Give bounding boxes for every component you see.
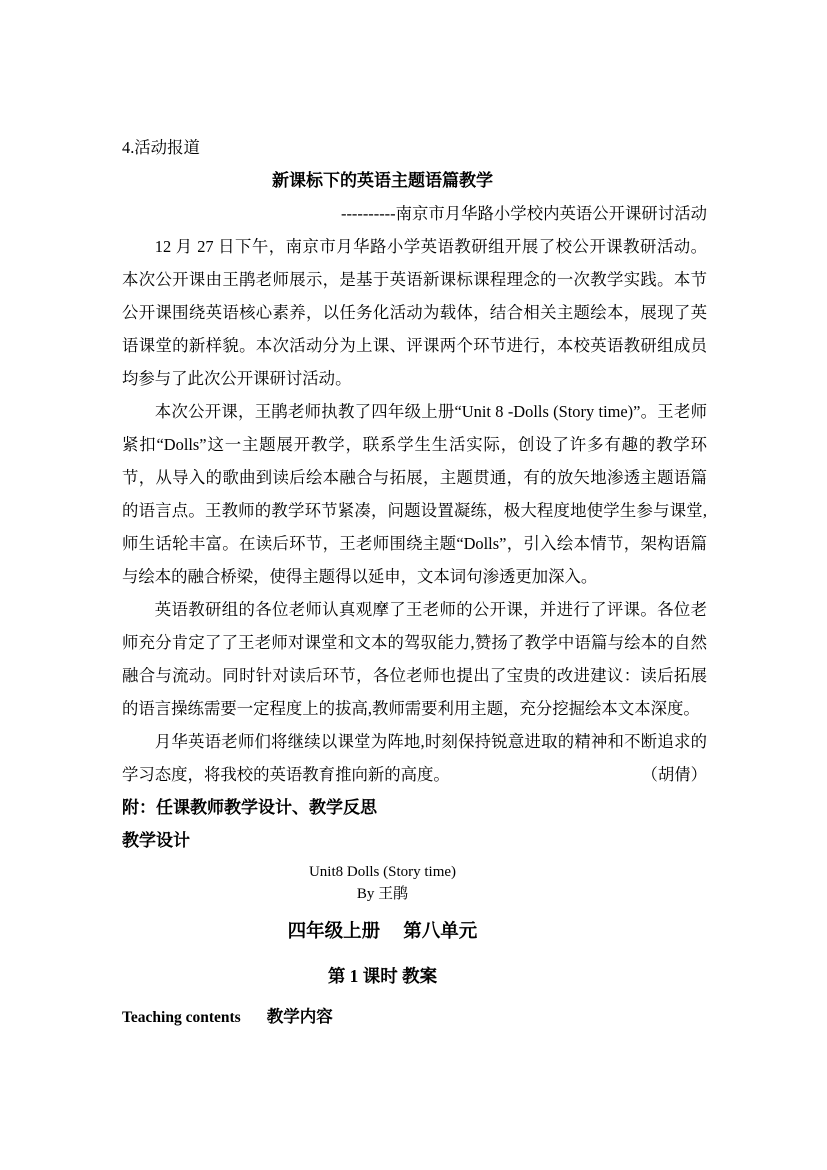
report-paragraph-2: 本次公开课，王鹃老师执教了四年级上册“Unit 8 -Dolls (Story … [122,395,707,593]
section-label: 4.活动报道 [122,131,707,164]
report-title: 新课标下的英语主题语篇教学 [122,164,707,197]
report-paragraph-1: 12 月 27 日下午，南京市月华路小学英语教研组开展了校公开课教研活动。本次公… [122,230,707,395]
teaching-contents-line: Teaching contents教学内容 [122,1005,707,1030]
teaching-contents-zh: 教学内容 [267,1007,333,1026]
unit-title: Unit8 Dolls (Story time) [122,861,707,883]
author-signature: （胡倩） [609,758,707,791]
design-heading: 教学设计 [122,824,707,857]
report-subtitle: ----------南京市月华路小学校内英语公开课研讨活动 [122,197,707,230]
period-heading: 第 1 课时 教案 [122,961,707,991]
teaching-contents-en: Teaching contents [122,1009,241,1026]
attachment-heading: 附：任课教师教学设计、教学反思 [122,791,707,824]
document-page: 4.活动报道 新课标下的英语主题语篇教学 ----------南京市月华路小学校… [0,0,827,1170]
grade-unit-heading: 四年级上册 第八单元 [122,917,707,947]
byline: By 王鹃 [122,883,707,905]
report-paragraph-4: 月华英语老师们将继续以课堂为阵地,时刻保持锐意进取的精神和不断追求的学习态度，将… [122,725,707,791]
report-paragraph-3: 英语教研组的各位老师认真观摩了王老师的公开课，并进行了评课。各位老师充分肯定了了… [122,593,707,725]
